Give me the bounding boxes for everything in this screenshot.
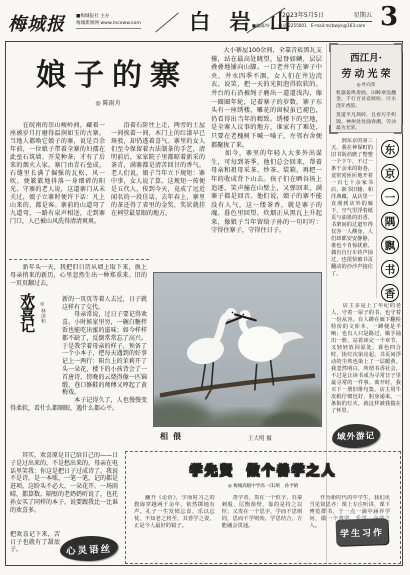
- poem-byline: ◎ 叶向荣: [336, 82, 396, 88]
- poem-corner-ornament: [329, 125, 338, 134]
- lead-article-title: 娘子的寨: [10, 50, 206, 94]
- poem-corner-ornament: [394, 125, 403, 134]
- tokyo-title-rule: [376, 138, 377, 298]
- tokyo-title-char: 飘: [381, 236, 399, 254]
- tokyo-title-char: 香: [381, 284, 399, 302]
- tokyo-essay-body: 店主多是上了年纪的老人，守着一屋子的书，也守着一份从容。有人蹲在廊下翻检特价的文…: [331, 303, 401, 422]
- date-block: 2023年5月5日 星期五: [282, 10, 372, 22]
- tokyo-title-char: 书: [381, 260, 399, 278]
- poem-box: 西江月· 劳动光荣 ◎ 叶向荣 机器轰鸣奏曲，田畴翠浪翻金。千行百业竞缤纷，汗水…: [330, 44, 402, 133]
- joy-essay-text-cont: 其实，欢喜原是自己给自己的——日子是过出来的，不是愁出来的。母亲在电话里笑我：你…: [10, 452, 118, 530]
- joy-title-char: 记: [20, 323, 35, 331]
- lead-article-col1: 在皖南的崇山峻岭间，藏着一座被岁月打磨得温润如玉的古寨。当地人都唤它娘子的寨，说…: [10, 122, 105, 256]
- egret-photo-illustration: [154, 273, 321, 426]
- tokyo-essay-title: 东 京 一 隅 飘 书 香: [378, 140, 402, 308]
- student-essay-byline: ◎ 梅城高级中学高一(1)班 孙予晴: [134, 483, 392, 489]
- masthead-website: 梅城新闻网 www.mcxww.com: [76, 21, 141, 30]
- lead-article-col2: 沿着石阶往上走，两旁的土屋一间挨着一间，木门上的红漆早已斑驳，却仍透着喜气。寨里…: [111, 122, 205, 256]
- tokyo-title-char: 一: [381, 188, 399, 206]
- poem-stanza2: 莫道平凡琐碎，且看巧手织锦。神州处处涌春潮，劳动最为光荣。: [336, 113, 396, 132]
- masthead-logo: 梅城报: [8, 10, 65, 36]
- photo-caption: 相偎: [160, 431, 186, 442]
- tokyo-essay-intro: 到东京的第三天，我在神保町的旧书街消磨了整整一个下午。不过一条千余米的街巷，竟密…: [331, 138, 373, 300]
- date-text: 2023年5月5日: [282, 10, 324, 19]
- joy-column-stamp: 心灵语丝: [59, 534, 118, 562]
- student-essay-col1: 翻开《论语》，学而时习之的教诲穿越两千余年，依然掷地有声。孔子一生发愤忘食，乐以…: [134, 495, 215, 549]
- page-number: 3: [380, 2, 398, 32]
- poem-title-line2: 劳动光荣: [336, 65, 396, 80]
- lead-article-byline: ◎ 陈雨舟: [10, 98, 206, 107]
- lead-article-col3: 大小寨屋100余间，全靠青砖黑瓦支撑，站在最高处眺望，屋脊如鳞，层层叠叠地铺向山…: [211, 47, 322, 269]
- joy-essay-text-tail: 把欢喜记下来，苦日子也就有了甜底子。: [10, 531, 60, 561]
- photo-credit: 王大明 摄: [248, 434, 272, 442]
- weekday-text: 星期五: [353, 10, 372, 19]
- student-column-stamp: 学生习作: [336, 518, 389, 546]
- masthead-publisher: ■梅城报社 主办: [76, 14, 156, 21]
- poem-title-line1: 西江月·: [336, 50, 396, 64]
- student-essay-col2: 善学者，贵在一个恒字，苏秦刺股、匡衡凿壁，靠的是持之以恒；又贵在一个思字，学而不…: [222, 495, 303, 549]
- masthead-info: ■梅城报社 主办 梅城新闻网 www.mcxww.com: [76, 14, 156, 29]
- joy-essay-byline: ◎ 林清和: [38, 298, 46, 396]
- poem-corner-ornament: [394, 43, 403, 52]
- poem-stanza1: 机器轰鸣奏曲，田畴翠浪翻金。千行百业竞缤纷，汗水浇开香韵。: [336, 91, 396, 110]
- joy-essay-main: 欢 喜 记 ◎ 林清和 新的一页页等着人去过，日子就这样有了交代。 母亲常说，过…: [10, 288, 147, 446]
- joy-essay-bottom-row: 把欢喜记下来，苦日子也就有了甜底子。 心灵语丝: [10, 531, 120, 561]
- dashed-divider: [9, 259, 149, 260]
- newspaper-page: 梅城报 ■梅城报社 主办 梅城新闻网 www.mcxww.com 白 岩 山 2…: [0, 0, 410, 575]
- tokyo-title-char: 京: [381, 164, 399, 182]
- tokyo-title-char: 隅: [381, 212, 399, 230]
- student-title-part2: 做个善学之人: [247, 464, 337, 479]
- student-essay-title: 学先贤做个善学之人: [134, 460, 392, 479]
- student-essay-box: 学先贤做个善学之人 ◎ 梅城高级中学高一(1)班 孙予晴 翻开《论语》，学而时习…: [125, 451, 401, 564]
- joy-essay-text-top: 新年头一天，我把旧日历从墙上取下来，换上母亲捎来的新历，心里忽然生出一种郑重来。…: [10, 264, 147, 288]
- egret-photo: [153, 272, 322, 427]
- editor-contact-line: ■编辑/叶子 电话:2255001 E-mail:mcbwyk@163.com: [252, 23, 376, 29]
- student-essay-columns: 翻开《论语》，学而时习之的教诲穿越两千余年，依然掷地有声。孔子一生发愤忘食，乐以…: [134, 495, 392, 549]
- poem-corner-ornament: [329, 43, 338, 52]
- joy-essay-title-block: 欢 喜 记 ◎ 林清和: [10, 298, 56, 396]
- joy-essay-title: 欢 喜 记: [20, 298, 35, 396]
- student-title-part1: 学先贤: [189, 464, 234, 479]
- tokyo-title-char: 东: [381, 140, 399, 158]
